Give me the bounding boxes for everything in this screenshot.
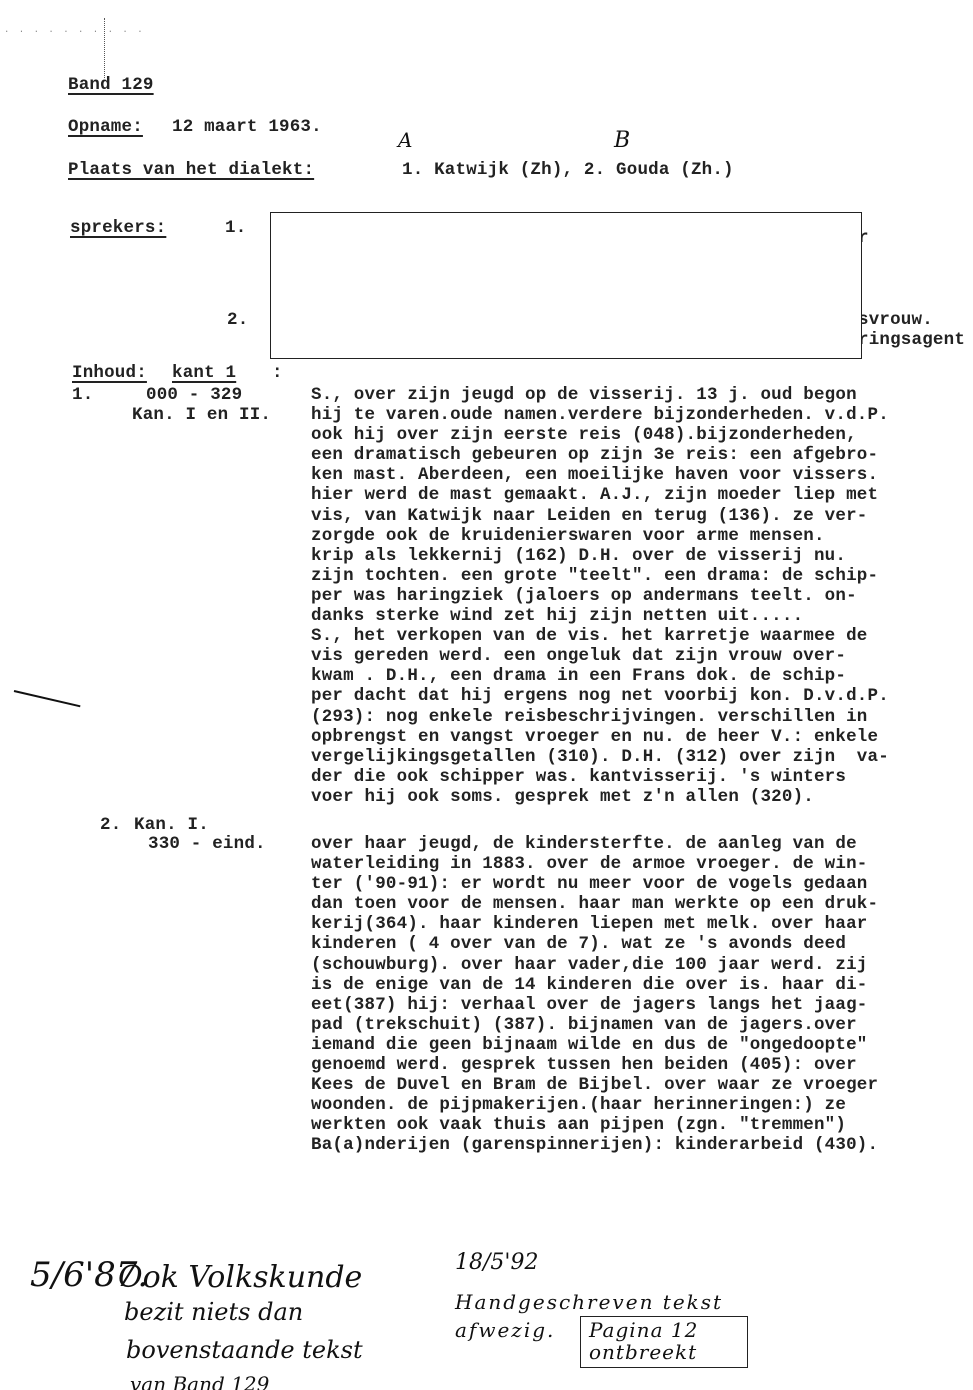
text-line: ook hij over zijn eerste reis (048).bijz… bbox=[311, 425, 889, 445]
text-line: Ba(a)nderijen (garenspinnerijen): kinder… bbox=[311, 1135, 878, 1155]
redaction-box bbox=[270, 212, 862, 359]
speaker-fragment-3: ringsagent bbox=[858, 330, 965, 350]
handwritten-note-1-line-2: bezit niets dan bbox=[124, 1298, 303, 1326]
text-line: vis gereden werd. een ongeluk dat zijn v… bbox=[311, 646, 889, 666]
entry-1-number: 1. bbox=[72, 385, 93, 405]
text-line: zorgde ook de kruidenierswaren voor arme… bbox=[311, 526, 889, 546]
text-line: Kees de Duvel en Bram de Bijbel. over wa… bbox=[311, 1075, 878, 1095]
text-line: is de enige van de 14 kinderen die over … bbox=[311, 975, 878, 995]
kant-colon: : bbox=[272, 363, 283, 383]
band-title: Band 129 bbox=[68, 75, 154, 95]
text-line: krip als lekkernij (162) D.H. over de vi… bbox=[311, 546, 889, 566]
handwritten-boxed-note: Pagina 12 ontbreekt bbox=[580, 1316, 748, 1368]
text-line: hier werd de mast gemaakt. A.J., zijn mo… bbox=[311, 485, 889, 505]
text-line: kerij(364). haar kinderen liepen met mel… bbox=[311, 914, 878, 934]
opname-label: Opname: bbox=[68, 117, 143, 137]
entry-2-channels: Kan. I. bbox=[134, 815, 209, 835]
margin-arrow-mark bbox=[14, 690, 81, 707]
text-line: iemand die geen bijnaam wilde en dus de … bbox=[311, 1035, 878, 1055]
speaker-2-number: 2. bbox=[227, 310, 248, 330]
text-line: vergelijkingsgetallen (310). D.H. (312) … bbox=[311, 747, 889, 767]
text-line: een dramatisch gebeuren op zijn 3e reis:… bbox=[311, 445, 889, 465]
text-line: voer hij ook soms. gesprek met z'n allen… bbox=[311, 787, 889, 807]
speaker-1-number: 1. bbox=[225, 218, 246, 238]
text-line: woonden. de pijpmakerijen.(haar herinner… bbox=[311, 1095, 878, 1115]
annotation-b: B bbox=[614, 128, 630, 153]
text-line: waterleiding in 1883. over de armoe vroe… bbox=[311, 854, 878, 874]
annotation-a: A bbox=[398, 128, 412, 152]
entry-2-range: 330 - eind. bbox=[148, 834, 266, 854]
text-line: kwam . D.H., een drama in een Frans dok.… bbox=[311, 666, 889, 686]
entry-2-text: over haar jeugd, de kindersterfte. de aa… bbox=[311, 834, 878, 1156]
text-line: (schouwburg). over haar vader,die 100 ja… bbox=[311, 955, 878, 975]
handwritten-note-2-line-1: Handgeschreven tekst bbox=[455, 1290, 723, 1314]
text-line: dan toen voor de mensen. haar man werkte… bbox=[311, 894, 878, 914]
handwritten-note-1-line-1: Ook Volkskunde bbox=[118, 1260, 362, 1295]
entry-2-number: 2. bbox=[100, 815, 121, 835]
boxed-note-line-1: Pagina 12 bbox=[589, 1319, 739, 1341]
plaats-label: Plaats van het dialekt: bbox=[68, 160, 314, 180]
inhoud-label: Inhoud: bbox=[72, 363, 147, 383]
text-line: ken mast. Aberdeen, een moeilijke haven … bbox=[311, 465, 889, 485]
text-line: kinderen ( 4 over van de 7). wat ze 's a… bbox=[311, 934, 878, 954]
text-line: S., het verkopen van de vis. het karretj… bbox=[311, 626, 889, 646]
text-line: pad (trekschuit) (387). bijnamen van de … bbox=[311, 1015, 878, 1035]
kant-label: kant 1 bbox=[172, 363, 236, 383]
text-line: opbrengst en vangst vroeger en nu. de he… bbox=[311, 727, 889, 747]
handwritten-date-2: 18/5'92 bbox=[455, 1250, 538, 1275]
text-line: per was haringziek (jaloers op andermans… bbox=[311, 586, 889, 606]
text-line: S., over zijn jeugd op de visserij. 13 j… bbox=[311, 385, 889, 405]
text-line: der die ook schipper was. kantvisserij. … bbox=[311, 767, 889, 787]
text-line: over haar jeugd, de kindersterfte. de aa… bbox=[311, 834, 878, 854]
text-line: werkten ook vaak thuis aan pijpen (zgn. … bbox=[311, 1115, 878, 1135]
entry-1-range: 000 - 329 bbox=[146, 385, 242, 405]
text-line: zijn tochten. een grote "teelt". een dra… bbox=[311, 566, 889, 586]
entry-1-text: S., over zijn jeugd op de visserij. 13 j… bbox=[311, 385, 889, 807]
scan-artifact-dots: . . . . . . . . . . bbox=[4, 25, 145, 35]
handwritten-note-1-line-3: bovenstaande tekst bbox=[126, 1336, 363, 1364]
text-line: genoemd werd. gesprek tussen hen beiden … bbox=[311, 1055, 878, 1075]
boxed-note-line-2: ontbreekt bbox=[589, 1341, 739, 1363]
handwritten-note-1-line-4: van Band 129 bbox=[130, 1372, 269, 1390]
opname-value: 12 maart 1963. bbox=[172, 117, 322, 137]
text-line: danks sterke wind zet hij zijn netten ui… bbox=[311, 606, 889, 626]
text-line: per dacht dat hij ergens nog net voorbij… bbox=[311, 686, 889, 706]
text-line: hij te varen.oude namen.verdere bijzonde… bbox=[311, 405, 889, 425]
text-line: (293): nog enkele reisbeschrijvingen. ve… bbox=[311, 707, 889, 727]
plaats-value: 1. Katwijk (Zh), 2. Gouda (Zh.) bbox=[402, 160, 734, 180]
handwritten-note-2-line-2: afwezig. bbox=[455, 1318, 555, 1342]
speaker-fragment-2: svrouw. bbox=[858, 310, 933, 330]
entry-1-channels: Kan. I en II. bbox=[132, 405, 271, 425]
text-line: eet(387) hij: verhaal over de jagers lan… bbox=[311, 995, 878, 1015]
text-line: vis, van Katwijk naar Leiden en terug (1… bbox=[311, 506, 889, 526]
sprekers-label: sprekers: bbox=[70, 218, 166, 238]
text-line: ter ('90-91): er wordt nu meer voor de v… bbox=[311, 874, 878, 894]
